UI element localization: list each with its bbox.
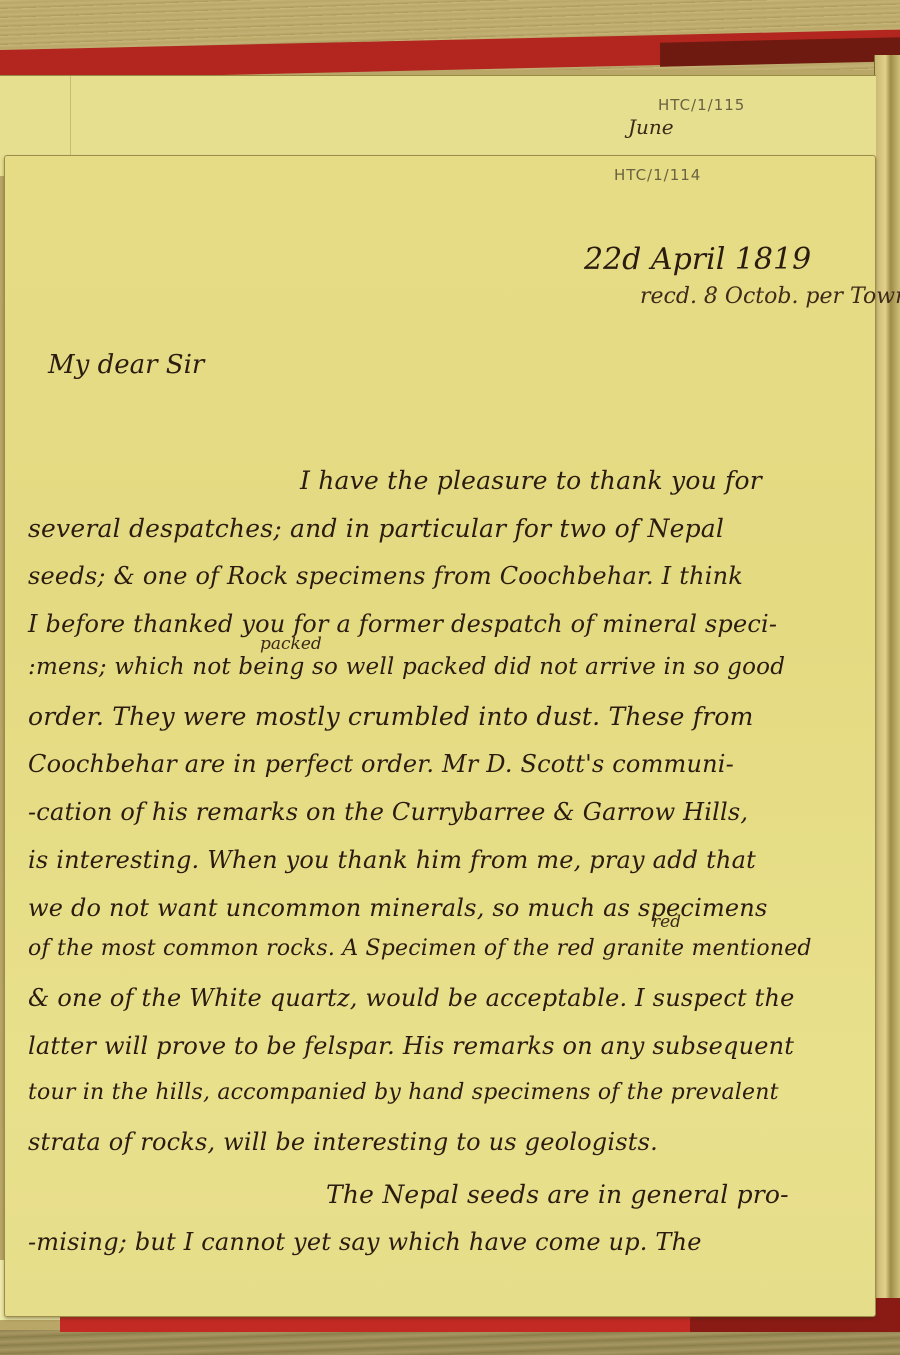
body-line-2: several despatches; and in particular fo… — [28, 514, 724, 543]
body-line-16: The Nepal seeds are in general pro- — [326, 1180, 789, 1209]
body-line-11: of the most common rocks. A Specimen of … — [28, 936, 812, 961]
body-line-15: strata of rocks, will be interesting to … — [28, 1128, 658, 1156]
back-sheet-date-fragment: June — [628, 115, 674, 139]
body-line-12: & one of the White quartz, would be acce… — [28, 984, 795, 1012]
body-line-5: :mens; which not being so well packed di… — [28, 654, 785, 680]
insertion-red: red — [652, 912, 681, 932]
body-line-4: I before thanked you for a former despat… — [28, 610, 777, 638]
body-line-8: -cation of his remarks on the Currybarre… — [28, 798, 748, 826]
archive-label-front: HTC/1/114 — [614, 166, 701, 184]
body-line-6: order. They were mostly crumbled into du… — [28, 702, 754, 731]
body-line-14: tour in the hills, accompanied by hand s… — [28, 1080, 779, 1105]
tabletop-background-bottom — [0, 1330, 900, 1355]
received-note: recd. 8 Octob. per Towne — [640, 284, 900, 309]
body-line-9: is interesting. When you thank him from … — [28, 846, 756, 874]
body-line-3: seeds; & one of Rock specimens from Cooc… — [28, 562, 743, 590]
page-stack-edge — [874, 55, 900, 1305]
letter-date: 22d April 1819 — [584, 242, 811, 277]
body-line-7: Coochbehar are in perfect order. Mr D. S… — [28, 750, 734, 778]
body-line-13: latter will prove to be felspar. His rem… — [28, 1032, 794, 1060]
insertion-packed: packed — [260, 634, 322, 654]
body-line-1: I have the pleasure to thank you for — [300, 466, 762, 495]
body-line-17: -mising; but I cannot yet say which have… — [28, 1228, 702, 1256]
salutation: My dear Sir — [48, 350, 204, 380]
archive-label-back: HTC/1/115 — [658, 96, 745, 114]
